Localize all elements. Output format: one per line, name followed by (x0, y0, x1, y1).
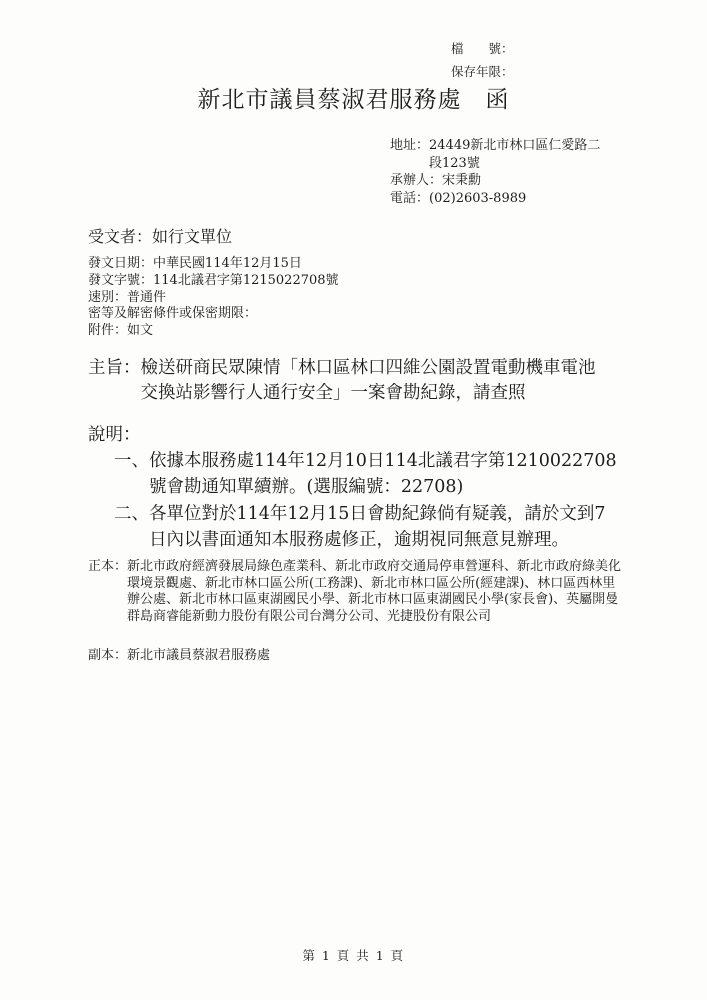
issue-date-row: 發文日期： 中華民國114年12月15日 (88, 256, 339, 273)
issue-date-value: 中華民國114年12月15日 (153, 256, 302, 273)
phone-number: (02)2603-8989 (429, 190, 526, 208)
sender-address-row: 地址： 24449新北市林口區仁愛路二段123號 (390, 137, 607, 172)
file-number-label: 檔 號： (451, 37, 514, 60)
carbon-copy-label: 副本： (88, 648, 127, 665)
security-label: 密等及解密條件或保密期限： (88, 306, 257, 323)
subject-text: 檢送研商民眾陳情「林口區林口四維公園設置電動機車電池交換站影響行人通行安全」一案… (141, 356, 603, 406)
recipient-label: 受文者： (88, 224, 152, 247)
reference-number-row: 發文字號： 114北議君字第1215022708號 (88, 273, 339, 290)
item-text: 依據本服務處114年12月10日114北議君字第1210022708號會勘通知單… (149, 448, 619, 500)
security-row: 密等及解密條件或保密期限： (88, 306, 339, 323)
explanation-items: 一、 依據本服務處114年12月10日114北議君字第1210022708號會勘… (114, 448, 619, 554)
priority-value: 普通件 (127, 290, 166, 307)
original-recipients-list: 新北市政府經濟發展局綠色產業科、新北市政府交通局停車營運科、新北市政府綠美化環境… (127, 559, 621, 626)
document-title: 新北市議員蔡淑君服務處 函 (0, 81, 707, 114)
sender-info-block: 地址： 24449新北市林口區仁愛路二段123號 承辦人： 宋秉勳 電話： (0… (390, 137, 607, 207)
priority-label: 速別： (88, 290, 127, 307)
document-meta-block: 發文日期： 中華民國114年12月15日 發文字號： 114北議君字第12150… (88, 256, 339, 340)
attachment-row: 附件： 如文 (88, 323, 339, 340)
explanation-item-2: 二、 各單位對於114年12月15日會勘紀錄倘有疑義，請於文到7日內以書面通知本… (114, 501, 619, 553)
contact-person: 宋秉勳 (442, 172, 481, 190)
retention-period-label: 保存年限： (451, 60, 514, 83)
explanation-label: 說明： (88, 421, 141, 446)
subject-section: 主旨： 檢送研商民眾陳情「林口區林口四維公園設置電動機車電池交換站影響行人通行安… (88, 356, 603, 406)
recipient-value: 如行文單位 (152, 224, 232, 247)
attachment-value: 如文 (127, 323, 153, 340)
contact-person-row: 承辦人： 宋秉勳 (390, 172, 607, 190)
priority-row: 速別： 普通件 (88, 290, 339, 307)
item-number: 一、 (114, 448, 149, 474)
item-number: 二、 (114, 501, 149, 527)
item-text: 各單位對於114年12月15日會勘紀錄倘有疑義，請於文到7日內以書面通知本服務處… (149, 501, 619, 553)
document-page: 檔 號： 保存年限： 新北市議員蔡淑君服務處 函 地址： 24449新北市林口區… (0, 0, 707, 1000)
explanation-item-1: 一、 依據本服務處114年12月10日114北議君字第1210022708號會勘… (114, 448, 619, 500)
reference-number-value: 114北議君字第1215022708號 (153, 273, 339, 290)
carbon-copy-value: 新北市議員蔡淑君服務處 (127, 648, 270, 665)
phone-row: 電話： (02)2603-8989 (390, 190, 607, 208)
phone-label: 電話： (390, 190, 429, 208)
address-label: 地址： (390, 137, 429, 155)
carbon-copy-section: 副本： 新北市議員蔡淑君服務處 (88, 648, 270, 665)
original-recipients-label: 正本： (88, 559, 127, 576)
header-classification-block: 檔 號： 保存年限： (451, 37, 514, 83)
attachment-label: 附件： (88, 323, 127, 340)
recipient-line: 受文者： 如行文單位 (88, 224, 232, 247)
subject-label: 主旨： (88, 356, 141, 381)
issue-date-label: 發文日期： (88, 256, 153, 273)
original-recipients-section: 正本： 新北市政府經濟發展局綠色產業科、新北市政府交通局停車營運科、新北市政府綠… (88, 559, 621, 626)
page-number-footer: 第 1 頁 共 1 頁 (0, 946, 707, 964)
reference-number-label: 發文字號： (88, 273, 153, 290)
sender-address: 24449新北市林口區仁愛路二段123號 (429, 137, 607, 172)
contact-person-label: 承辦人： (390, 172, 442, 190)
